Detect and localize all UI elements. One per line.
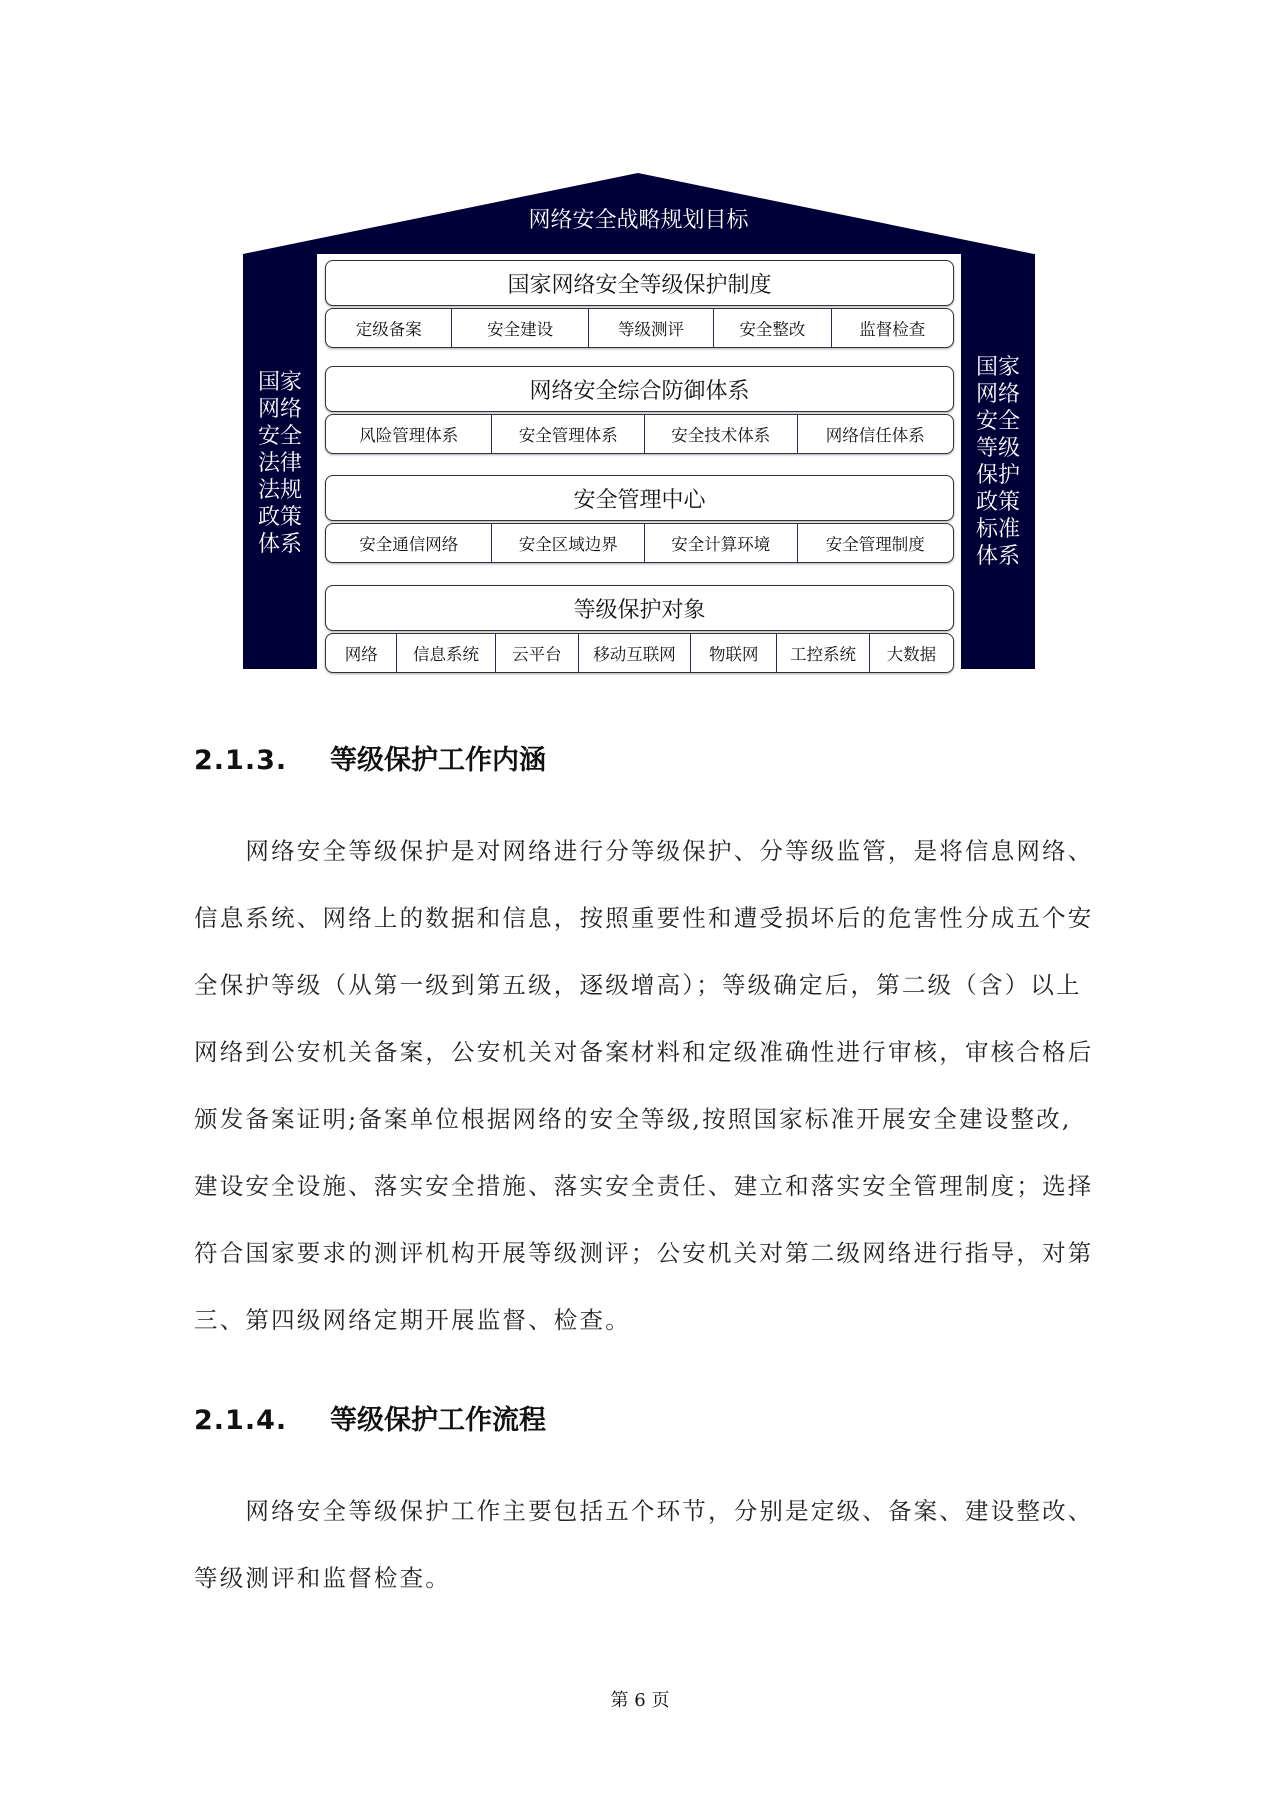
band-item: 定级备案: [326, 309, 451, 347]
paragraph-line: 网络安全等级保护工作主要包括五个环节，分别是定级、备案、建设整改、: [194, 1478, 1088, 1545]
band-item: 大数据: [869, 634, 953, 672]
pillar-char: 政策: [961, 489, 1035, 516]
band-item: 等级测评: [588, 309, 713, 347]
band-item: 安全区域边界: [491, 524, 644, 562]
pillar-char: 国家: [961, 354, 1035, 381]
band-title: 网络安全综合防御体系: [326, 367, 953, 411]
band-item: 监督检查: [831, 309, 953, 347]
section-title: 等级保护工作流程: [330, 1405, 546, 1436]
pillar-standard-policy: 国家 网络 安全 等级 保护 政策 标准 体系: [961, 254, 1035, 669]
band-title-box: 等级保护对象: [325, 585, 954, 631]
band-item: 网络信任体系: [797, 415, 954, 453]
band-title-box: 网络安全综合防御体系: [325, 366, 954, 412]
pillar-char: 安全: [243, 423, 317, 450]
band-item: 安全技术体系: [644, 415, 797, 453]
band-item: 风险管理体系: [326, 415, 491, 453]
band-item: 安全通信网络: [326, 524, 491, 562]
paragraph-line: 颁发备案证明;备案单位根据网络的安全等级,按照国家标准开展安全建设整改,: [194, 1086, 1088, 1153]
roof-strategic-goal: 网络安全战略规划目标: [243, 173, 1034, 254]
section-heading-2-1-3: 2.1.3.等级保护工作内涵: [194, 738, 546, 777]
band-item: 网络: [326, 634, 396, 672]
band-item: 云平台: [495, 634, 578, 672]
band-title-box: 安全管理中心: [325, 475, 954, 521]
band-item: 信息系统: [396, 634, 494, 672]
pillar-char: 等级: [961, 435, 1035, 462]
band-items-row: 定级备案 安全建设 等级测评 安全整改 监督检查: [325, 308, 954, 348]
pillar-law-policy: 国家 网络 安全 法律 法规 政策 体系: [243, 254, 317, 669]
paragraph-line: 符合国家要求的测评机构开展等级测评；公安机关对第二级网络进行指导，对第: [194, 1220, 1088, 1287]
section-title: 等级保护工作内涵: [330, 745, 546, 776]
pillar-char: 网络: [243, 396, 317, 423]
pillar-char: 体系: [243, 531, 317, 558]
roof-title: 网络安全战略规划目标: [243, 203, 1034, 234]
pillar-char: 标准: [961, 516, 1035, 543]
band-item: 安全建设: [451, 309, 587, 347]
band-item: 安全整改: [713, 309, 830, 347]
paragraph-line: 建设安全设施、落实安全措施、落实安全责任、建立和落实安全管理制度；选择: [194, 1153, 1088, 1220]
band-item: 安全管理制度: [797, 524, 954, 562]
pillar-char: 体系: [961, 543, 1035, 570]
band-items-row: 网络 信息系统 云平台 移动互联网 物联网 工控系统 大数据: [325, 633, 954, 673]
band-item: 安全计算环境: [644, 524, 797, 562]
band-title-box: 国家网络安全等级保护制度: [325, 260, 954, 306]
paragraph-line: 网络安全等级保护是对网络进行分等级保护、分等级监管，是将信息网络、: [194, 818, 1088, 885]
band-item: 安全管理体系: [491, 415, 644, 453]
page-number: 第 6 页: [0, 1686, 1280, 1712]
section-heading-2-1-4: 2.1.4.等级保护工作流程: [194, 1398, 546, 1437]
paragraph-line: 网络到公安机关备案，公安机关对备案材料和定级准确性进行审核，审核合格后: [194, 1019, 1088, 1086]
band-items-row: 风险管理体系 安全管理体系 安全技术体系 网络信任体系: [325, 414, 954, 454]
paragraph-line: 三、第四级网络定期开展监督、检查。: [194, 1287, 1088, 1354]
band-items-row: 安全通信网络 安全区域边界 安全计算环境 安全管理制度: [325, 523, 954, 563]
pillar-char: 保护: [961, 462, 1035, 489]
band-title: 等级保护对象: [326, 586, 953, 630]
pillar-char: 安全: [961, 408, 1035, 435]
paragraph-line: 等级测评和监督检查。: [194, 1545, 1088, 1612]
paragraph-line: 信息系统、网络上的数据和信息，按照重要性和遭受损坏后的危害性分成五个安: [194, 885, 1088, 952]
band-item: 物联网: [690, 634, 776, 672]
pillar-char: 法律: [243, 450, 317, 477]
pillar-char: 法规: [243, 477, 317, 504]
section-number: 2.1.4.: [194, 1405, 330, 1436]
section-body-paragraph: 网络安全等级保护工作主要包括五个环节，分别是定级、备案、建设整改、 等级测评和监…: [194, 1478, 1088, 1612]
pillar-char: 国家: [243, 369, 317, 396]
section-number: 2.1.3.: [194, 745, 330, 776]
band-title: 安全管理中心: [326, 476, 953, 520]
section-body-paragraph: 网络安全等级保护是对网络进行分等级保护、分等级监管，是将信息网络、 信息系统、网…: [194, 818, 1088, 1354]
pillar-char: 网络: [961, 381, 1035, 408]
band-item: 移动互联网: [578, 634, 690, 672]
band-item: 工控系统: [776, 634, 868, 672]
paragraph-line: 全保护等级（从第一级到第五级，逐级增高）；等级确定后，第二级（含）以上: [194, 952, 1088, 1019]
band-title: 国家网络安全等级保护制度: [326, 261, 953, 305]
pillar-char: 政策: [243, 504, 317, 531]
